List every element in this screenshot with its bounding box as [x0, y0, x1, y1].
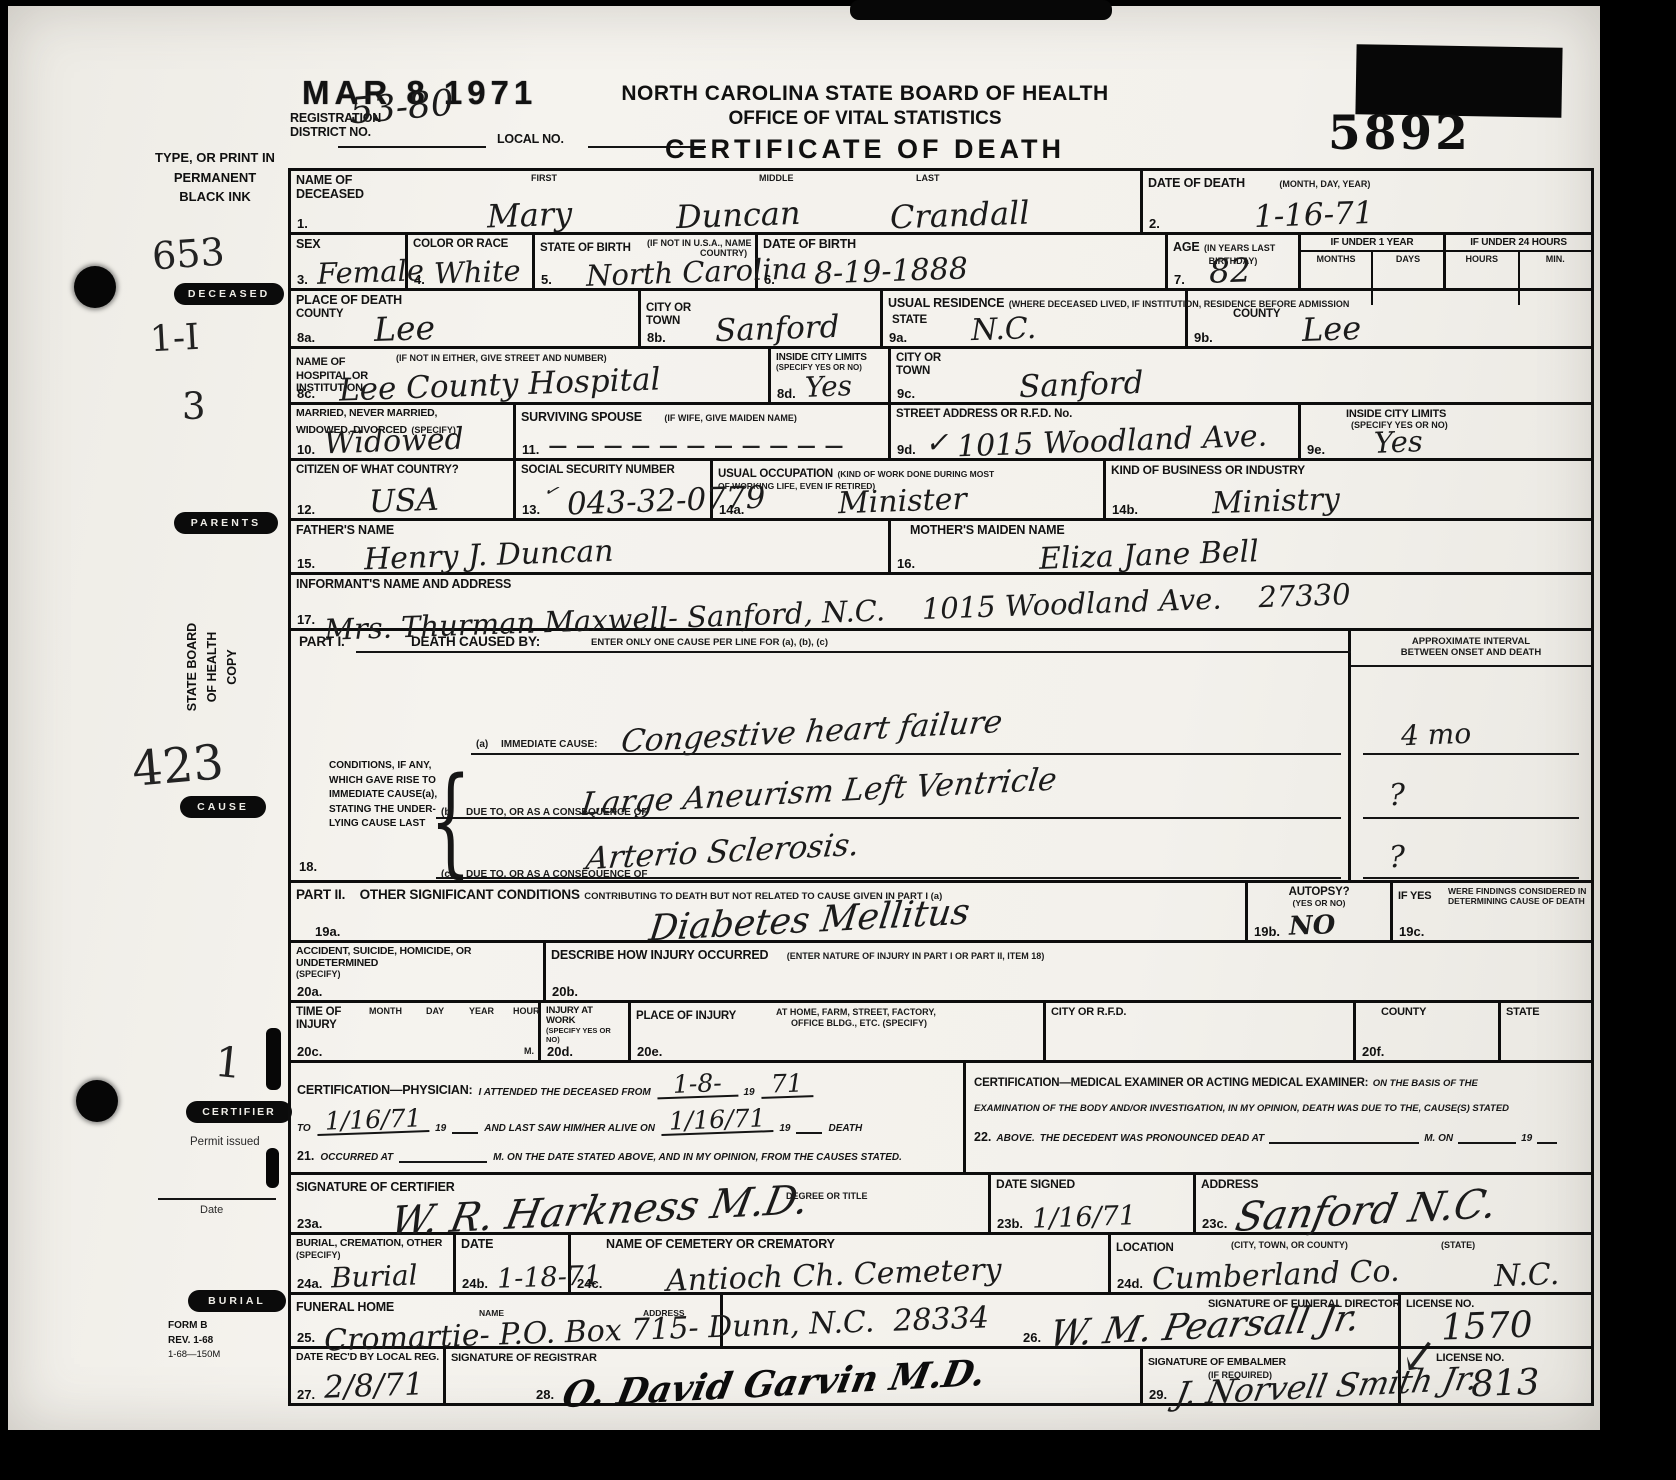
- autopsy-value: NO: [1289, 912, 1336, 940]
- field-ssn: SOCIAL SECURITY NUMBER ✓ 13. 043-32-0779: [516, 461, 713, 518]
- cause-a-label: IMMEDIATE CAUSE:: [501, 739, 597, 751]
- icl9-value: Yes: [1374, 427, 1424, 458]
- industry-label: KIND OF BUSINESS OR INDUSTRY: [1111, 464, 1586, 477]
- field-20f-number: 20f.: [1362, 1044, 1384, 1059]
- field-23c-number: 23c.: [1202, 1216, 1227, 1231]
- hospital-label-1: NAME OF: [296, 356, 345, 368]
- icl8-label: INSIDE CITY LIMITS: [776, 352, 883, 363]
- field-9d-number: 9d.: [897, 442, 916, 457]
- field-19b-number: 19b.: [1254, 924, 1280, 939]
- copy-line-2: OF HEALTH: [202, 587, 222, 747]
- field-citizen: CITIZEN OF WHAT COUNTRY? 12. USA: [291, 461, 516, 518]
- month-col-label: MONTH: [369, 1006, 402, 1016]
- hospital-sublabel: (IF NOT IN EITHER, GIVE STREET AND NUMBE…: [396, 353, 607, 363]
- sob-label: STATE OF BIRTH: [540, 242, 631, 254]
- field-9c-number: 9c.: [897, 386, 915, 401]
- margin-number-3: 3: [182, 385, 206, 428]
- field-3-number: 3.: [297, 272, 308, 287]
- certificate-title: CERTIFICATE OF DEATH: [615, 134, 1115, 165]
- field-if-yes-findings: IF YES WERE FINDINGS CONSIDERED IN DETER…: [1393, 883, 1591, 940]
- field-21-number: 21.: [297, 1149, 314, 1163]
- field-12-number: 12.: [297, 502, 315, 517]
- field-9a-number: 9a.: [889, 330, 907, 345]
- field-if-under-1-year: IF UNDER 1 YEAR MONTHS DAYS: [1301, 235, 1446, 288]
- section-part1-cause: PART I. DEATH CAUSED BY: ENTER ONLY ONE …: [291, 631, 1591, 883]
- marital-value: Widowed: [324, 425, 465, 460]
- ifyes-sublabel-2: DETERMINING CAUSE OF DEATH: [1448, 897, 1585, 907]
- field-father-name: FATHER'S NAME 15. Henry J. Duncan: [291, 521, 891, 572]
- cert-examiner-above: ABOVE.: [996, 1133, 1034, 1144]
- dob-value: 8-19-1888: [813, 254, 968, 289]
- part1-main: PART I. DEATH CAUSED BY: ENTER ONLY ONE …: [291, 631, 1351, 880]
- conditions-note-5: LYING CAUSE LAST: [329, 817, 437, 832]
- ifyes-label: IF YES: [1398, 890, 1431, 902]
- pronounced-date-blank: [1458, 1128, 1516, 1144]
- field-7-number: 7.: [1174, 272, 1185, 287]
- race-label: COLOR OR RACE: [413, 238, 527, 251]
- margin-tab-parents: PARENTS: [174, 512, 278, 534]
- cause-c-value: Arterio Sclerosis.: [584, 830, 861, 876]
- autopsy-label: AUTOPSY?: [1253, 886, 1385, 899]
- field-19c-number: 19c.: [1399, 924, 1424, 939]
- ssn-label: SOCIAL SECURITY NUMBER: [521, 464, 705, 477]
- street-address-check: ✓: [924, 429, 948, 458]
- marital-label-1: MARRIED, NEVER MARRIED,: [296, 408, 508, 420]
- poi-sublabel-1: AT HOME, FARM, STREET, FACTORY,: [776, 1007, 936, 1017]
- margin-tab-burial: BURIAL: [188, 1290, 286, 1312]
- field-burial-type: BURIAL, CREMATION, OTHER (SPECIFY) 24a. …: [291, 1235, 456, 1292]
- how-injury-sublabel: (ENTER NATURE OF INJURY IN PART I OR PAR…: [787, 951, 1045, 961]
- copy-line-3: COPY: [222, 587, 242, 747]
- field-autopsy: AUTOPSY? (YES OR NO) 19b. NO: [1248, 883, 1393, 940]
- field-cemetery: NAME OF CEMETERY OR CREMATORY 24c. Antio…: [571, 1235, 1111, 1292]
- cert-physician-text-3: M. ON THE DATE STATED ABOVE, AND IN MY O…: [493, 1152, 902, 1163]
- pod-county-value: Lee: [374, 311, 436, 346]
- informant-label: INFORMANT'S NAME AND ADDRESS: [296, 578, 1586, 592]
- field-27-number: 27.: [297, 1387, 315, 1402]
- margin-tab-deceased: DECEASED: [174, 283, 284, 305]
- occurred-at-label: OCCURRED AT: [320, 1152, 393, 1163]
- form-number-1: FORM B: [168, 1318, 220, 1333]
- field-20b-number: 20b.: [552, 984, 578, 999]
- field-16-number: 16.: [897, 556, 915, 571]
- age-label: AGE: [1173, 240, 1200, 254]
- burial-date-label: DATE: [461, 1238, 563, 1252]
- dod-value: 1-16-71: [1253, 198, 1374, 233]
- certificate-header: NORTH CAROLINA STATE BOARD OF HEALTH OFF…: [615, 82, 1115, 165]
- row-hospital: NAME OF (IF NOT IN EITHER, GIVE STREET A…: [291, 349, 1591, 405]
- cert-19-prefix-a: 19: [743, 1087, 754, 1098]
- form-number-3: 1-68—150M: [168, 1348, 220, 1362]
- field-8d-number: 8d.: [777, 386, 796, 401]
- middle-col-label: MIDDLE: [759, 173, 794, 183]
- cemetery-label: NAME OF CEMETERY OR CREMATORY: [606, 1238, 1103, 1252]
- residence-county-value: Lee: [1301, 312, 1361, 346]
- spouse-sublabel: (IF WIFE, GIVE MAIDEN NAME): [664, 413, 797, 423]
- occurred-at-blank: [399, 1147, 487, 1163]
- residence-state-value: N.C.: [971, 314, 1037, 346]
- part1-instruction: ENTER ONLY ONE CAUSE PER LINE FOR (a), (…: [591, 638, 828, 649]
- hospital-value: Lee County Hospital: [339, 364, 661, 406]
- last-col-label: LAST: [916, 173, 940, 183]
- iaw-sublabel: (SPECIFY YES OR NO): [546, 1027, 623, 1044]
- dod-sublabel: (MONTH, DAY, YEAR): [1279, 179, 1370, 189]
- field-time-of-injury: TIME OF INJURY MONTH DAY YEAR HOUR 20c. …: [291, 1003, 541, 1060]
- margin-number-423: 423: [130, 734, 226, 798]
- embalmer-license-value: 813: [1470, 1365, 1540, 1403]
- dob-label: DATE OF BIRTH: [763, 238, 1160, 252]
- name-label-1: NAME OF: [296, 174, 1135, 188]
- field-10-number: 10.: [297, 442, 315, 457]
- certification-medical-examiner: CERTIFICATION—MEDICAL EXAMINER OR ACTING…: [966, 1063, 1591, 1172]
- cert-to-label: TO: [297, 1123, 311, 1134]
- row-informant: INFORMANT'S NAME AND ADDRESS 17. Mrs. Th…: [291, 575, 1591, 631]
- field-20a-number: 20a.: [297, 984, 322, 999]
- local-no-label: LOCAL NO.: [497, 133, 564, 147]
- accident-sublabel: (SPECIFY): [296, 969, 538, 979]
- field-accident-type: ACCIDENT, SUICIDE, HOMICIDE, OR UNDETERM…: [291, 943, 546, 1000]
- field-surviving-spouse: SURVIVING SPOUSE (IF WIFE, GIVE MAIDEN N…: [516, 405, 891, 458]
- residence-city-value: Sanford: [1019, 368, 1144, 403]
- interval-b-line: [1363, 817, 1579, 819]
- row-marital-address: MARRIED, NEVER MARRIED, WIDOWED, DIVORCE…: [291, 405, 1591, 461]
- field-informant: INFORMANT'S NAME AND ADDRESS 17. Mrs. Th…: [291, 575, 1591, 628]
- scan-artifact-left-2: [266, 1148, 279, 1188]
- occupation-sublabel-1: (KIND OF WORK DONE DURING MOST: [837, 469, 994, 479]
- field-22-number: 22.: [974, 1130, 991, 1144]
- scan-artifact-left-1: [266, 1028, 281, 1090]
- field-24c-number: 24c.: [577, 1276, 602, 1291]
- field-9b-number: 9b.: [1194, 330, 1213, 345]
- field-signature-of-certifier: SIGNATURE OF CERTIFIER DEGREE OR TITLE 2…: [291, 1175, 991, 1232]
- field-director-license: LICENSE NO. 1570: [1401, 1295, 1591, 1346]
- cert-physician-label: CERTIFICATION—PHYSICIAN:: [297, 1084, 473, 1098]
- conditions-note-2: WHICH GAVE RISE TO: [329, 774, 437, 789]
- accident-label: ACCIDENT, SUICIDE, HOMICIDE, OR UNDETERM…: [296, 946, 538, 969]
- field-residence-state: USUAL RESIDENCE (WHERE DECEASED LIVED, I…: [883, 291, 1188, 346]
- blank-year-2: [796, 1118, 822, 1134]
- director-license-value: 1570: [1440, 1307, 1533, 1346]
- field-8b-number: 8b.: [647, 330, 666, 345]
- field-injury-county: COUNTY 20f.: [1356, 1003, 1501, 1060]
- ink-instruction: TYPE, OR PRINT IN PERMANENT BLACK INK: [148, 148, 282, 207]
- toi-label-1: TIME OF: [296, 1006, 533, 1019]
- occupation-value: Minister: [838, 485, 968, 519]
- spouse-value-dashes: — — — — — — — — — — —: [548, 435, 844, 457]
- field-age: AGE (IN YEARS LAST BIRTHDAY) 7. 82: [1168, 235, 1301, 288]
- row-funeral-home: FUNERAL HOME NAME ADDRESS 25. Cromartie-…: [291, 1295, 1591, 1349]
- row-registrar: DATE REC'D BY LOCAL REG. 27. 2/8/71 SIGN…: [291, 1349, 1591, 1403]
- first-col-label: FIRST: [531, 173, 557, 183]
- street-address-value: 1015 Woodland Ave.: [957, 422, 1268, 463]
- injury-county-label: COUNTY: [1381, 1006, 1493, 1018]
- certifier-address-value: Sanford N.C.: [1233, 1184, 1501, 1238]
- field-how-injury-occurred: DESCRIBE HOW INJURY OCCURRED (ENTER NATU…: [546, 943, 1591, 1000]
- field-26-number: 26.: [1023, 1330, 1041, 1345]
- punch-hole-top: [74, 266, 116, 308]
- burial-value: Burial: [331, 1261, 419, 1292]
- cert-19-prefix-b: 19: [435, 1123, 446, 1134]
- scan-artifact-top: [850, 0, 1112, 20]
- form-number-2: REV. 1-68: [168, 1333, 220, 1348]
- field-29-number: 29.: [1149, 1387, 1167, 1402]
- margin-tab-certifier: CERTIFIER: [186, 1101, 292, 1123]
- field-8a-number: 8a.: [297, 330, 315, 345]
- cert-examiner-text-2: EXAMINATION OF THE BODY AND/OR INVESTIGA…: [974, 1103, 1583, 1114]
- field-hospital: NAME OF (IF NOT IN EITHER, GIVE STREET A…: [291, 349, 771, 402]
- registration-district-value: 53-80: [349, 86, 456, 131]
- name-last-value: Crandall: [889, 197, 1030, 234]
- field-place-of-death-city: CITY OR TOWN 8b. Sanford: [641, 291, 883, 346]
- row-place-residence: PLACE OF DEATH COUNTY 8a. Lee CITY OR TO…: [291, 291, 1591, 349]
- field-industry: KIND OF BUSINESS OR INDUSTRY 14b. Minist…: [1106, 461, 1591, 518]
- date-signed-value: 1/16/71: [1032, 1202, 1137, 1233]
- margin-number-1: 1: [213, 1037, 245, 1089]
- field-18-number: 18.: [299, 859, 317, 874]
- icl9-label: INSIDE CITY LIMITS: [1346, 408, 1586, 420]
- citizen-label: CITIZEN OF WHAT COUNTRY?: [296, 464, 508, 477]
- location-value-county: Cumberland Co.: [1152, 1257, 1400, 1296]
- sex-label: SEX: [296, 238, 400, 252]
- conditions-note: CONDITIONS, IF ANY, WHICH GAVE RISE TO I…: [329, 759, 437, 832]
- interval-a-value: 4 mo: [1401, 720, 1472, 750]
- embalmer-label: SIGNATURE OF EMBALMER: [1148, 1356, 1286, 1368]
- field-inside-city-limits-9e: INSIDE CITY LIMITS (SPECIFY YES OR NO) 9…: [1301, 405, 1591, 458]
- date-line: [158, 1198, 276, 1200]
- field-8c-number: 8c.: [297, 386, 315, 401]
- field-23b-number: 23b.: [997, 1216, 1023, 1231]
- field-14a-number: 14a.: [719, 502, 744, 517]
- field-occupation: USUAL OCCUPATION (KIND OF WORK DONE DURI…: [713, 461, 1106, 518]
- cert-19-prefix-c: 19: [779, 1123, 790, 1134]
- sob-sublabel-1: (IF NOT IN U.S.A., NAME: [647, 238, 752, 248]
- part2-value: Diabetes Mellitus: [647, 894, 972, 947]
- cause-b-line: [436, 817, 1341, 819]
- field-inside-city-limits-8d: INSIDE CITY LIMITS (SPECIFY YES OR NO) 8…: [771, 349, 891, 402]
- attended-to-date: 1/16/71: [316, 1105, 429, 1136]
- interval-label-2: BETWEEN ONSET AND DEATH: [1351, 648, 1591, 659]
- field-6-number: 6.: [764, 272, 775, 287]
- blank-year-1: [452, 1118, 478, 1134]
- cert-examiner-mon: M. ON: [1424, 1133, 1453, 1144]
- location-label: LOCATION: [1116, 1242, 1174, 1254]
- cert-physician-text-2: AND LAST SAW HIM/HER ALIVE ON: [484, 1123, 655, 1134]
- residence-city-label-1: CITY OR: [896, 352, 1586, 365]
- occupation-label: USUAL OCCUPATION: [718, 468, 833, 480]
- field-19a-number: 19a.: [315, 924, 340, 939]
- usual-residence-sublabel: (WHERE DECEASED LIVED, IF INSTITUTION, R…: [1009, 299, 1350, 309]
- field-20e-number: 20e.: [637, 1044, 662, 1059]
- mother-value: Eliza Jane Bell: [1039, 537, 1260, 575]
- field-11-number: 11.: [522, 442, 539, 457]
- funeral-director-value: W. M. Pearsall Jr.: [1047, 1301, 1363, 1354]
- usual-residence-label: USUAL RESIDENCE: [888, 296, 1004, 310]
- field-23a-number: 23a.: [297, 1216, 322, 1231]
- field-date-signed: DATE SIGNED 23b. 1/16/71: [991, 1175, 1196, 1232]
- field-15-number: 15.: [297, 556, 315, 571]
- registration-underline: [338, 146, 486, 148]
- part1-header-rule: [356, 651, 1351, 653]
- pod-city-value: Sanford: [714, 312, 839, 347]
- field-funeral-home: FUNERAL HOME NAME ADDRESS 25. Cromartie-…: [291, 1295, 723, 1346]
- under-1-year-label: IF UNDER 1 YEAR: [1301, 235, 1443, 252]
- permit-issued-label: Permit issued: [190, 1136, 260, 1148]
- injury-city-label: CITY OR R.F.D.: [1051, 1006, 1348, 1018]
- field-if-under-24-hours: IF UNDER 24 HOURS HOURS MIN.: [1446, 235, 1591, 288]
- certificate-form: NAME OF DECEASED FIRST MIDDLE LAST 1. Ma…: [288, 168, 1594, 1406]
- field-2-number: 2.: [1149, 216, 1160, 231]
- row-parents: FATHER'S NAME 15. Henry J. Duncan MOTHER…: [291, 521, 1591, 575]
- field-20d-number: 20d.: [547, 1044, 573, 1059]
- interval-c-line: [1363, 877, 1579, 879]
- field-date-received: DATE REC'D BY LOCAL REG. 27. 2/8/71: [291, 1349, 446, 1403]
- field-embalmer-signature: SIGNATURE OF EMBALMER (IF REQUIRED) 29. …: [1143, 1349, 1401, 1403]
- autopsy-sublabel: (YES OR NO): [1253, 899, 1385, 909]
- icl8-value: Yes: [804, 372, 852, 402]
- conditions-note-1: CONDITIONS, IF ANY,: [329, 759, 437, 774]
- certificate-number: 5892: [1328, 106, 1471, 161]
- field-date-of-birth: DATE OF BIRTH 6. 8-19-1888: [758, 235, 1168, 288]
- poi-label: PLACE OF INJURY: [636, 1010, 736, 1022]
- attended-from-date: 1-8-: [656, 1070, 738, 1100]
- day-col-label: DAY: [426, 1006, 444, 1016]
- burial-sublabel: (SPECIFY): [296, 1250, 448, 1260]
- field-state-of-birth: STATE OF BIRTH (IF NOT IN U.S.A., NAME C…: [535, 235, 758, 288]
- cert-examiner-19: 19: [1521, 1133, 1532, 1144]
- cemetery-value: Antioch Ch. Cemetery: [666, 1255, 1003, 1297]
- part1-label: PART I.: [299, 635, 345, 650]
- location-sublabel-1: (CITY, TOWN, OR COUNTY): [1231, 1240, 1348, 1250]
- row-burial: BURIAL, CREMATION, OTHER (SPECIFY) 24a. …: [291, 1235, 1591, 1295]
- field-registrar-signature: SIGNATURE OF REGISTRAR 28. O. David Garv…: [446, 1349, 1143, 1403]
- cause-b-value: Large Aneurism Left Ventricle: [579, 764, 1058, 820]
- copy-line-1: STATE BOARD: [182, 587, 202, 747]
- field-mother-name: MOTHER'S MAIDEN NAME 16. Eliza Jane Bell: [891, 521, 1591, 572]
- age-value: 82: [1208, 253, 1251, 287]
- location-sublabel-2: (STATE): [1441, 1240, 1475, 1250]
- citizen-value: USA: [369, 485, 440, 518]
- conditions-note-4: STATING THE UNDER-: [329, 803, 437, 818]
- interval-a-line: [1363, 753, 1579, 755]
- ink-instruction-3: BLACK INK: [148, 187, 282, 207]
- name-middle-value: Duncan: [676, 197, 802, 233]
- margin-number-653: 653: [151, 230, 226, 279]
- row-sex-race-birth-age: SEX 3. Female COLOR OR RACE 4. White STA…: [291, 235, 1591, 291]
- field-28-number: 28.: [536, 1387, 554, 1402]
- ink-instruction-1: TYPE, OR PRINT IN: [148, 148, 282, 168]
- cert-examiner-label: CERTIFICATION—MEDICAL EXAMINER OR ACTING…: [974, 1077, 1368, 1089]
- field-24d-number: 24d.: [1117, 1276, 1143, 1291]
- pronounced-year-blank: [1537, 1128, 1557, 1144]
- part1-interval-column: APPROXIMATE INTERVAL BETWEEN ONSET AND D…: [1351, 631, 1591, 880]
- ink-instruction-2: PERMANENT: [148, 168, 282, 188]
- field-20c-number: 20c.: [297, 1044, 322, 1059]
- copy-designation: STATE BOARD OF HEALTH COPY: [137, 587, 287, 747]
- location-value-state: N.C.: [1493, 1260, 1559, 1292]
- race-value: White: [433, 256, 521, 288]
- date-received-value: 2/8/71: [324, 1369, 425, 1403]
- attended-from-year: 71: [760, 1070, 813, 1099]
- field-24a-number: 24a.: [297, 1276, 322, 1291]
- cause-a-letter: (a): [476, 739, 488, 751]
- date-label: Date: [200, 1204, 223, 1216]
- section-part2: PART II. OTHER SIGNIFICANT CONDITIONS CO…: [291, 883, 1591, 943]
- row-certification: CERTIFICATION—PHYSICIAN: I ATTENDED THE …: [291, 1063, 1591, 1175]
- last-alive-date: 1/16/71: [661, 1105, 774, 1136]
- cause-a-line: [471, 753, 1341, 755]
- field-residence-city: CITY OR TOWN 9c. Sanford: [891, 349, 1591, 402]
- cert-examiner-text-1: ON THE BASIS OF THE: [1373, 1078, 1478, 1089]
- under-24-hours-label: IF UNDER 24 HOURS: [1446, 235, 1591, 252]
- row-citizen-ssn-occupation: CITIZEN OF WHAT COUNTRY? 12. USA SOCIAL …: [291, 461, 1591, 521]
- father-value: Henry J. Duncan: [364, 537, 614, 576]
- field-24b-number: 24b.: [462, 1276, 488, 1291]
- field-color-race: COLOR OR RACE 4. White: [408, 235, 535, 288]
- poi-sublabel-2: OFFICE BLDG., ETC. (SPECIFY): [791, 1018, 927, 1028]
- certification-physician: CERTIFICATION—PHYSICIAN: I ATTENDED THE …: [291, 1063, 966, 1172]
- field-25-number: 25.: [297, 1330, 315, 1345]
- hour-col-label: HOUR: [513, 1006, 540, 1016]
- cause-a-value: Congestive heart failure: [619, 707, 1004, 758]
- field-5-number: 5.: [541, 272, 552, 287]
- cause-c-line: [436, 877, 1341, 879]
- how-injury-label: DESCRIBE HOW INJURY OCCURRED: [551, 948, 768, 962]
- part2-title: OTHER SIGNIFICANT CONDITIONS: [360, 887, 580, 902]
- industry-value: Ministry: [1212, 485, 1341, 519]
- conditions-note-3: IMMEDIATE CAUSE(a),: [329, 788, 437, 803]
- field-injury-city: CITY OR R.F.D.: [1046, 1003, 1356, 1060]
- cert-examiner-text-3: THE DECEDENT WAS PRONOUNCED DEAD AT: [1040, 1133, 1264, 1144]
- part2-label: PART II.: [296, 887, 345, 902]
- form-number-block: FORM B REV. 1-68 1-68—150M: [168, 1318, 220, 1362]
- field-marital-status: MARRIED, NEVER MARRIED, WIDOWED, DIVORCE…: [291, 405, 516, 458]
- field-burial-date: DATE 24b. 1-18-71: [456, 1235, 571, 1292]
- field-sex: SEX 3. Female: [291, 235, 408, 288]
- field-name-of-deceased: NAME OF DECEASED FIRST MIDDLE LAST 1. Ma…: [291, 171, 1143, 232]
- row-signatures: SIGNATURE OF CERTIFIER DEGREE OR TITLE 2…: [291, 1175, 1591, 1235]
- field-place-of-injury: PLACE OF INJURY AT HOME, FARM, STREET, F…: [631, 1003, 1046, 1060]
- field-date-of-death: DATE OF DEATH (MONTH, DAY, YEAR) 2. 1-16…: [1143, 171, 1591, 232]
- field-13-number: 13.: [522, 502, 540, 517]
- field-injury-at-work: INJURY AT WORK (SPECIFY YES OR NO) 20d.: [541, 1003, 631, 1060]
- cert-physician-text-1: I ATTENDED THE DECEASED FROM: [479, 1087, 651, 1098]
- margin-tab-cause: CAUSE: [180, 796, 266, 818]
- field-cemetery-location: LOCATION (CITY, TOWN, OR COUNTY) (STATE)…: [1111, 1235, 1591, 1292]
- dod-label: DATE OF DEATH: [1148, 176, 1245, 190]
- date-signed-label: DATE SIGNED: [996, 1178, 1188, 1191]
- row-injury-details: TIME OF INJURY MONTH DAY YEAR HOUR 20c. …: [291, 1003, 1591, 1063]
- part1-title: DEATH CAUSED BY:: [411, 635, 540, 650]
- field-1-number: 1.: [297, 216, 308, 231]
- field-9e-number: 9e.: [1307, 442, 1325, 457]
- row-name-dod: NAME OF DECEASED FIRST MIDDLE LAST 1. Ma…: [291, 171, 1591, 235]
- toi-label-2: INJURY: [296, 1019, 533, 1032]
- scanned-death-certificate: { "doc": { "stamp": "MAR 8 1971", "reg1"…: [0, 0, 1676, 1480]
- injury-state-label: STATE: [1506, 1006, 1586, 1018]
- field-4-number: 4.: [414, 272, 425, 287]
- office-title: OFFICE OF VITAL STATISTICS: [615, 108, 1115, 130]
- interval-header-rule: [1351, 665, 1591, 667]
- punch-hole-bottom: [76, 1080, 118, 1122]
- cert-death-label: DEATH: [828, 1123, 862, 1134]
- field-certifier-address: ADDRESS 23c. Sanford N.C.: [1196, 1175, 1591, 1232]
- iaw-label: INJURY AT WORK: [546, 1006, 623, 1027]
- place-of-death-label: PLACE OF DEATH: [296, 294, 633, 308]
- field-injury-state: STATE: [1501, 1003, 1591, 1060]
- margin-number-1-I: 1-I: [149, 317, 200, 361]
- interval-b-value: ?: [1388, 781, 1405, 812]
- funeral-home-label: FUNERAL HOME: [296, 1300, 394, 1314]
